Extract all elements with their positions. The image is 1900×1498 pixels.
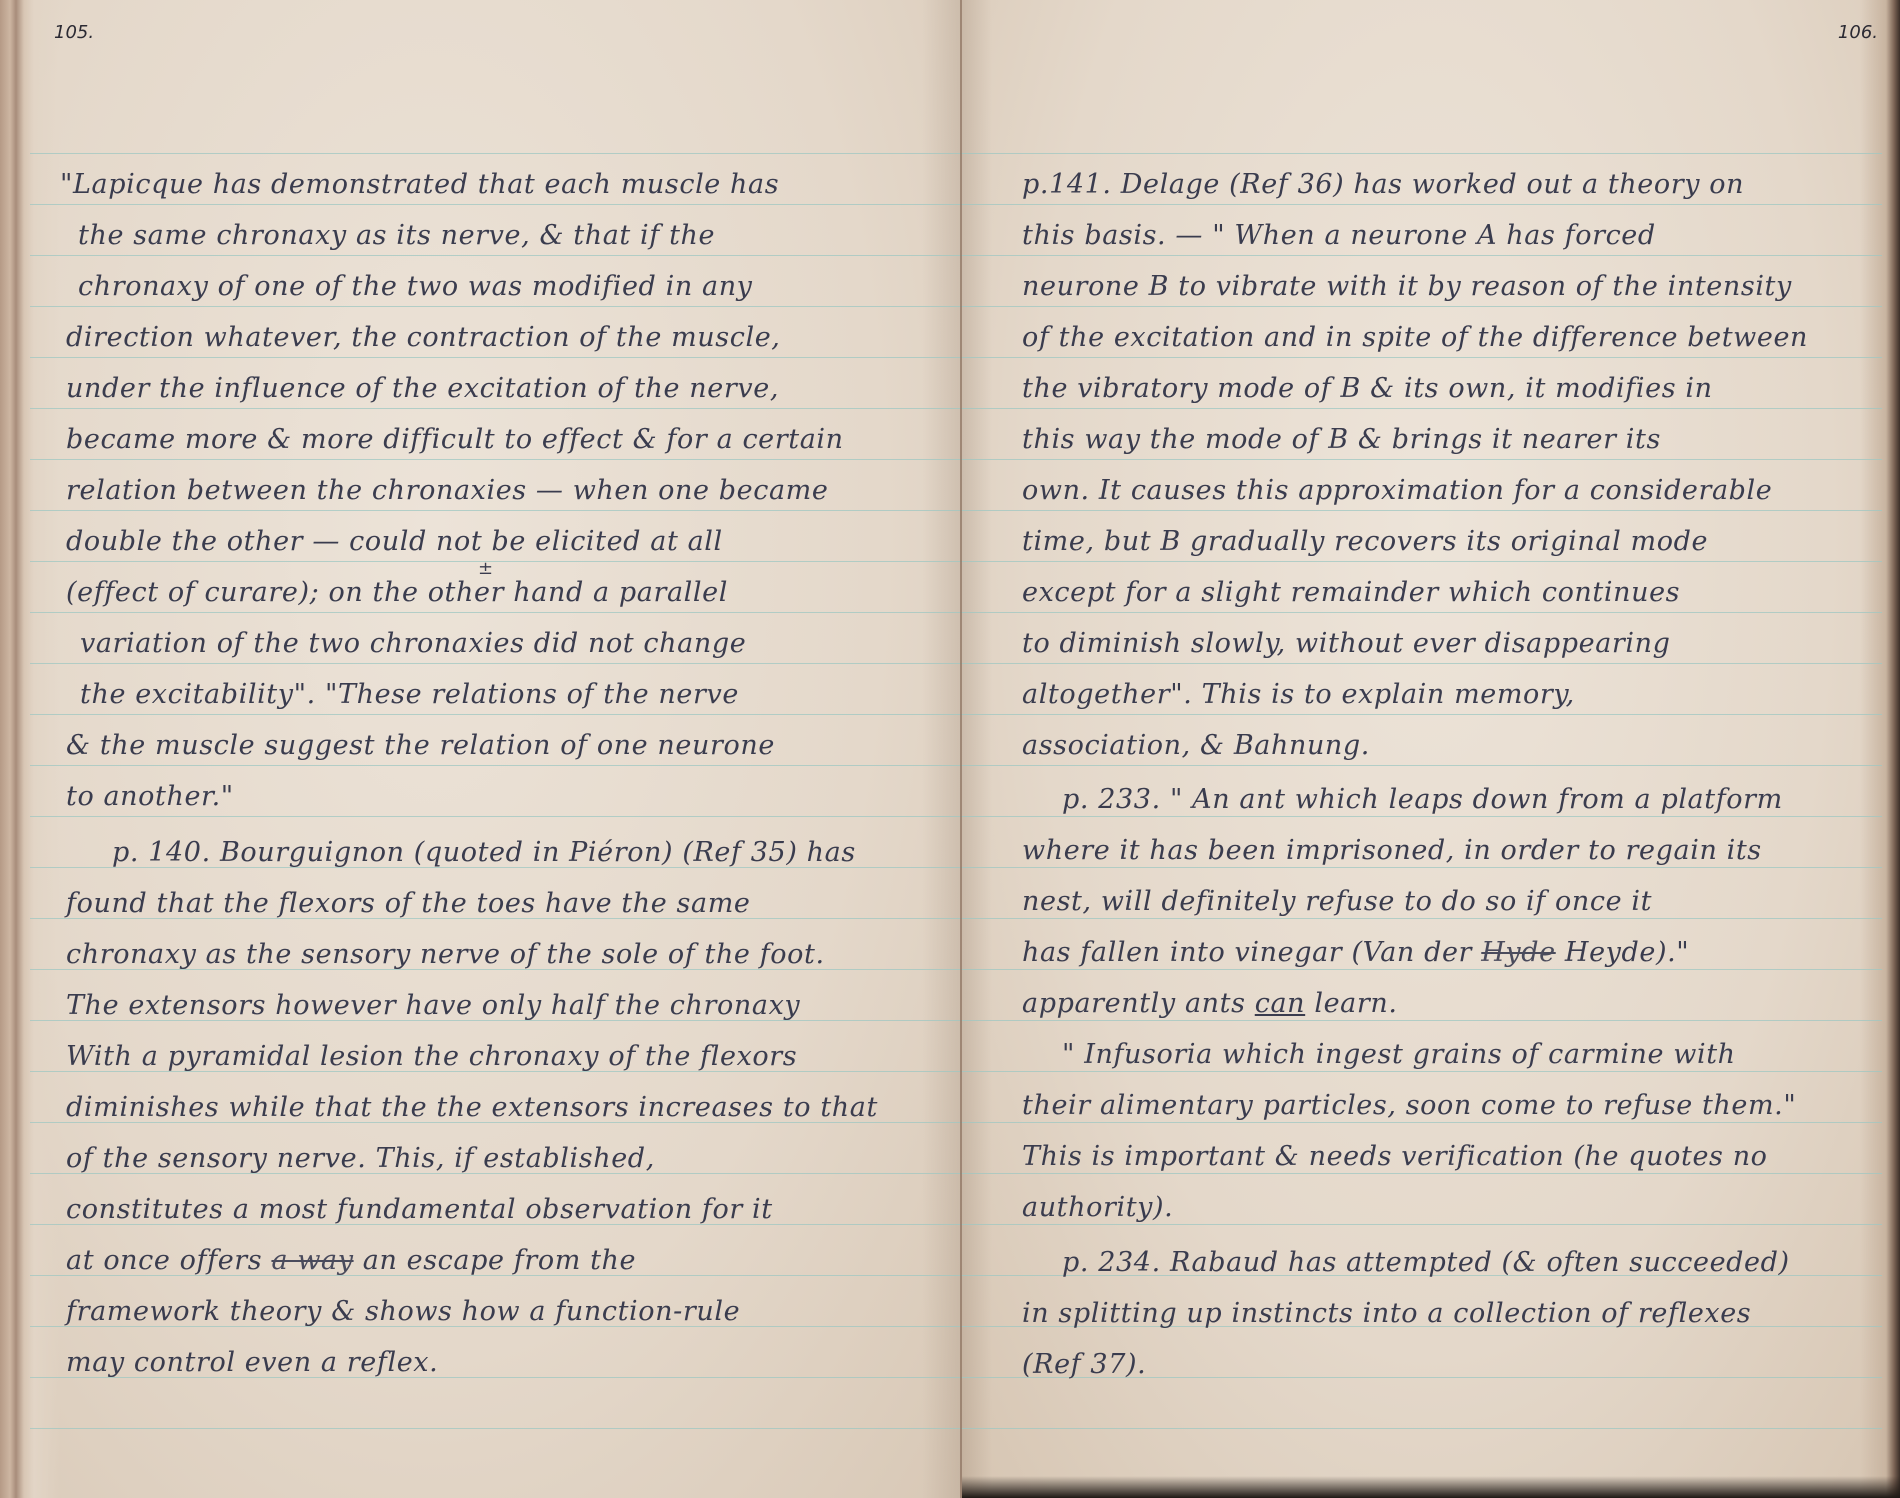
- text-line: time, but B gradually recovers its origi…: [1022, 527, 1708, 557]
- text-line: the same chronaxy as its nerve, & that i…: [78, 221, 715, 251]
- text-line: became more & more difficult to effect &…: [66, 425, 844, 455]
- ruled-line: [30, 1428, 962, 1429]
- text-line: (effect of curare); on the other hand a …: [66, 578, 728, 608]
- text-line: p. 233. " An ant which leaps down from a…: [1062, 785, 1783, 815]
- text-line: apparently ants can learn.: [1022, 989, 1398, 1019]
- struck-word: a way: [271, 1245, 353, 1276]
- ruled-line: [962, 357, 1882, 358]
- text-line: & the muscle suggest the relation of one…: [66, 731, 775, 761]
- ruled-line: [962, 510, 1882, 511]
- text-line: found that the flexors of the toes have …: [66, 889, 751, 919]
- text-line: (Ref 37).: [1022, 1350, 1146, 1380]
- text-line: diminishes while that the the extensors …: [66, 1093, 878, 1123]
- ruled-line: [962, 1071, 1882, 1072]
- ruled-line: [30, 306, 962, 307]
- underlined-word: can: [1255, 988, 1305, 1019]
- ruled-line: [962, 612, 1882, 613]
- text-line: to another.": [66, 782, 234, 812]
- ruled-line: [30, 561, 962, 562]
- text-line: except for a slight remainder which cont…: [1022, 578, 1680, 608]
- page-number-right: 106.: [1838, 22, 1878, 43]
- text-line: This is important & needs verification (…: [1022, 1142, 1768, 1172]
- text-line: direction whatever, the contraction of t…: [66, 323, 780, 353]
- text-line: p. 234. Rabaud has attempted (& often su…: [1062, 1248, 1790, 1278]
- text-line: double the other — could not be elicited…: [66, 527, 723, 557]
- text-fragment: has fallen into vinegar (Van der: [1022, 937, 1472, 968]
- ruled-line: [962, 459, 1882, 460]
- text-line: of the excitation and in spite of the di…: [1022, 323, 1808, 353]
- ruled-line: [962, 969, 1882, 970]
- text-line: chronaxy of one of the two was modified …: [78, 272, 753, 302]
- text-line: may control even a reflex.: [66, 1348, 438, 1378]
- ruled-line: [30, 612, 962, 613]
- text-line: chronaxy as the sensory nerve of the sol…: [66, 940, 825, 970]
- text-line: their alimentary particles, soon come to…: [1022, 1091, 1796, 1121]
- text-line: "Lapicque has demonstrated that each mus…: [60, 170, 779, 200]
- struck-word: Hyde: [1481, 937, 1555, 968]
- ruled-line: [962, 663, 1882, 664]
- text-line: the vibratory mode of B & its own, it mo…: [1022, 374, 1713, 404]
- text-line: under the influence of the excitation of…: [66, 374, 779, 404]
- text-line: has fallen into vinegar (Van der Hyde He…: [1022, 938, 1689, 968]
- text-line: this way the mode of B & brings it neare…: [1022, 425, 1661, 455]
- ruled-line: [962, 918, 1882, 919]
- ruled-line: [962, 1224, 1882, 1225]
- ruled-line: [30, 255, 962, 256]
- ruled-line: [962, 561, 1882, 562]
- text-line: to diminish slowly, without ever disappe…: [1022, 629, 1671, 659]
- text-line: at once offers a way an escape from the: [66, 1246, 636, 1276]
- text-line: The extensors however have only half the…: [66, 991, 800, 1021]
- text-line: where it has been imprisoned, in order t…: [1022, 836, 1762, 866]
- ruled-line: [962, 714, 1882, 715]
- ruled-line: [30, 816, 962, 817]
- text-line: nest, will definitely refuse to do so if…: [1022, 887, 1652, 917]
- ruled-line: [962, 255, 1882, 256]
- ruled-line: [962, 204, 1882, 205]
- text-fragment: at once offers: [66, 1245, 262, 1276]
- ruled-line: [30, 765, 962, 766]
- ruled-line: [30, 408, 962, 409]
- ruled-line: [30, 510, 962, 511]
- page-number-left: 105.: [54, 22, 94, 43]
- text-line: association, & Bahnung.: [1022, 731, 1370, 761]
- text-line: authority).: [1022, 1193, 1173, 1223]
- ruled-line: [962, 867, 1882, 868]
- text-line: p. 140. Bourguignon (quoted in Piéron) (…: [112, 838, 856, 868]
- notebook-spread: 105. "Lapicque has demonstrated that eac…: [0, 0, 1900, 1498]
- text-line: the excitability". "These relations of t…: [80, 680, 739, 710]
- text-fragment: Heyde).": [1565, 937, 1689, 968]
- right-page: 106. p.141. Delage (Ref 36) has worked o…: [962, 0, 1900, 1498]
- text-line: relation between the chronaxies — when o…: [66, 476, 828, 506]
- ruled-line: [30, 459, 962, 460]
- ruled-line: [30, 357, 962, 358]
- page-edge-shadow: [962, 1476, 1900, 1498]
- ruled-line: [962, 408, 1882, 409]
- ruled-line: [30, 714, 962, 715]
- text-line: altogether". This is to explain memory,: [1022, 680, 1575, 710]
- text-fragment: learn.: [1314, 988, 1397, 1019]
- text-line: " Infusoria which ingest grains of carmi…: [1062, 1040, 1736, 1070]
- ruled-line: [962, 765, 1882, 766]
- ruled-line: [962, 306, 1882, 307]
- text-line: this basis. — " When a neurone A has for…: [1022, 221, 1656, 251]
- text-line: in splitting up instincts into a collect…: [1022, 1299, 1751, 1329]
- ruled-line: [962, 1020, 1882, 1021]
- left-page: 105. "Lapicque has demonstrated that eac…: [0, 0, 962, 1498]
- text-line: of the sensory nerve. This, if establish…: [66, 1144, 655, 1174]
- ruled-line: [962, 153, 1882, 154]
- text-line: framework theory & shows how a function-…: [66, 1297, 740, 1327]
- text-line: constitutes a most fundamental observati…: [66, 1195, 773, 1225]
- ruled-line: [962, 1173, 1882, 1174]
- text-line: own. It causes this approximation for a …: [1022, 476, 1772, 506]
- ruled-line: [30, 663, 962, 664]
- ruled-line: [962, 1428, 1882, 1429]
- ruled-line: [30, 153, 962, 154]
- text-line: p.141. Delage (Ref 36) has worked out a …: [1022, 170, 1744, 200]
- ruled-line: [962, 816, 1882, 817]
- ruled-line: [30, 204, 962, 205]
- ruled-line: [962, 1122, 1882, 1123]
- text-line: With a pyramidal lesion the chronaxy of …: [66, 1042, 797, 1072]
- text-fragment: apparently ants: [1022, 988, 1246, 1019]
- text-line: variation of the two chronaxies did not …: [80, 629, 746, 659]
- text-fragment: an escape from the: [363, 1245, 636, 1276]
- text-line: neurone B to vibrate with it by reason o…: [1022, 272, 1792, 302]
